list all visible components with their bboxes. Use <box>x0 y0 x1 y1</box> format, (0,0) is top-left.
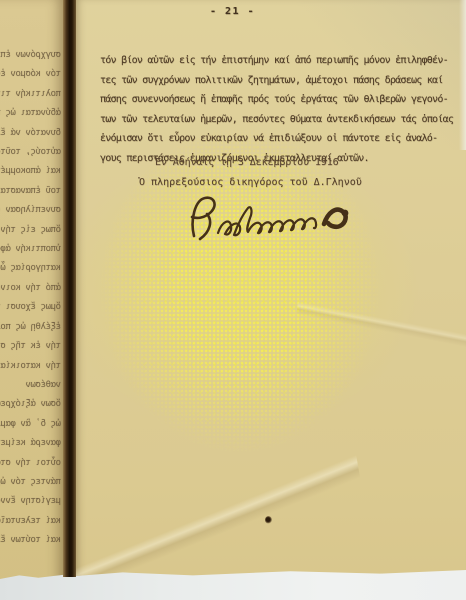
signature-stroke <box>192 198 215 239</box>
verso-line: οὗτοι τήν στάσιν <box>0 454 61 473</box>
verso-line: τόν κόσμον ἐδῶ <box>0 65 61 84</box>
verso-line: ὅμως ἔχουσι νά <box>0 298 61 317</box>
verso-line: ἀδύναται ὡς πρ <box>0 104 61 123</box>
signature-stroke <box>218 207 316 235</box>
verso-line: ὡς δ᾽ ἂν φαμεν <box>0 415 61 434</box>
verso-line: πολιτικήν τινα <box>0 85 61 104</box>
verso-text: συγχρόνων ἐπιτόν κόσμον ἐδῶπολιτικήν τιν… <box>0 46 61 551</box>
verso-line: συγχρόνων ἐπι <box>0 46 61 65</box>
verso-line: τήν ἐκ τῆς στά <box>0 337 61 356</box>
verso-line: ὅπως εἰς τήν <box>0 221 61 240</box>
verso-line: καί τούτων ἔλαβε <box>0 531 61 550</box>
verso-line: πάντες τόν ὡμίλη <box>0 473 61 492</box>
verso-line: μεγίστην ἔννοιαν <box>0 492 61 511</box>
verso-line: αὐτούς, τοῦτο <box>0 143 61 162</box>
verso-line: δυνατόν νά ἔλθ <box>0 124 61 143</box>
ink-spot <box>265 516 272 524</box>
body-line: τες τῶν συγχρόνων πολιτικῶν ζητημάτων, ἀ… <box>100 71 460 91</box>
body-line: ἐνόμισαν ὅτι εὗρον εὐκαιρίαν νά ἐπιδιώξο… <box>100 129 460 149</box>
page-edge-highlight <box>459 0 466 150</box>
document-page: - 21 - τόν βίον αὑτῶν εἰς τήν ἐπιστήμην … <box>76 0 466 600</box>
body-line: των τῶν τελευταίων ἡμερῶν, πεσόντες θύμα… <box>100 110 460 130</box>
scanned-document: συγχρόνων ἐπιτόν κόσμον ἐδῶπολιτικήν τιν… <box>0 0 466 600</box>
gutter-shadow <box>63 0 76 577</box>
page-number: - 21 - <box>210 6 255 17</box>
verso-line: ἀπό τήν κοινήν <box>0 279 61 298</box>
verso-line: συνεπίλησαν ς <box>0 201 61 220</box>
verso-line: τήν κατοικίαν ᾗ <box>0 357 61 376</box>
verso-line: καί ἀποκομμένο <box>0 162 61 181</box>
verso-line: καί τελευταῖα φω <box>0 512 61 531</box>
body-line: τόν βίον αὑτῶν εἰς τήν ἐπιστήμην καί ἀπό… <box>100 51 460 71</box>
date-line: Ἐν Ἀθήναις τῇ 3 Δεκεμβρίου 1916 <box>155 157 339 168</box>
verso-line: ἐξέλθῃ ὡς πολι <box>0 318 61 337</box>
verso-line: φανερά κείμενα <box>0 434 61 453</box>
verso-line: τοῦ ἐπαναστατι <box>0 182 61 201</box>
facing-page-strip: συγχρόνων ἐπιτόν κόσμον ἐδῶπολιτικήν τιν… <box>0 0 64 600</box>
verso-line: κατηγορίας ὧν <box>0 259 61 278</box>
verso-line: ναθέσων <box>0 376 61 395</box>
verso-line: ὅσων ἀξιόχρεων <box>0 395 61 414</box>
signature-ink-blot <box>342 210 349 217</box>
verso-line: ὑποπτικήν ἀφορ <box>0 240 61 259</box>
signatory-capacity-line: Ὁ πληρεξούσιος δικηγόρος τοῦ Δ.Γληνοῦ <box>139 177 362 188</box>
body-line: πάσης συνεννοήσεως ἤ ἐπαφῆς πρός τούς ἐρ… <box>100 90 460 110</box>
body-text: τόν βίον αὑτῶν εἰς τήν ἐπιστήμην καί ἀπό… <box>100 51 460 169</box>
handwritten-signature <box>178 190 373 246</box>
